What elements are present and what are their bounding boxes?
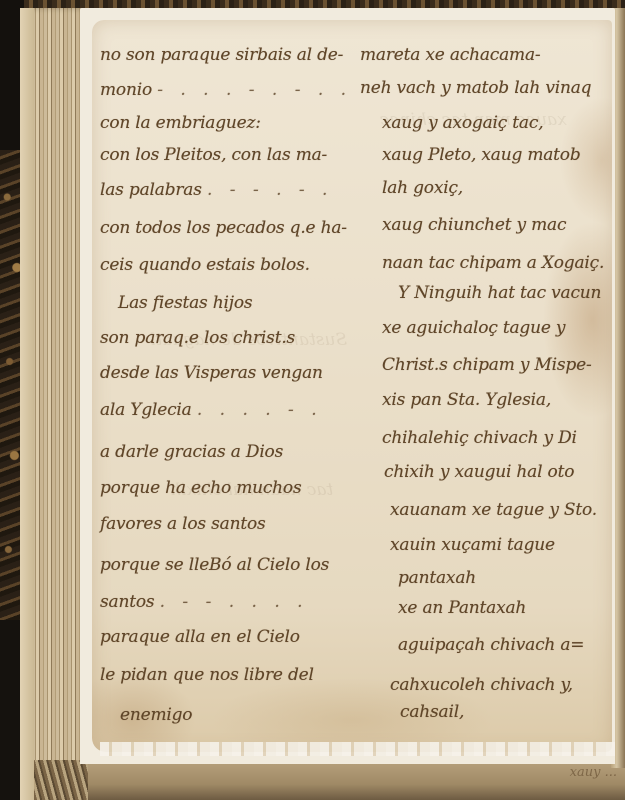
mayan-line: xauanam xe tague y Sto.	[390, 500, 597, 520]
mayan-line: xaug chiunchet y mac	[382, 215, 566, 235]
spanish-line: favores a los santos	[100, 514, 266, 534]
mayan-line: xauin xuçami tague	[390, 535, 555, 555]
underlying-page	[88, 760, 625, 800]
mayan-line: Y Ninguih hat tac vacun	[398, 283, 601, 303]
mayan-line: xaug Pleto, xaug matob	[382, 145, 581, 165]
mayan-line: naan tac chipam a Xogaiç.	[382, 253, 604, 273]
spanish-line: son paraq.e los christ.s	[100, 328, 295, 348]
mayan-line: neh vach y matob lah vinaq	[360, 78, 591, 98]
spanish-line: enemigo	[120, 705, 192, 725]
spanish-line: ceis quando estais bolos.	[100, 255, 310, 275]
mayan-line: xis pan Sta. Yglesia,	[382, 390, 551, 410]
spanish-line: Las fiestas hijos	[118, 293, 252, 313]
spanish-line: monio - . . . - . - . .	[100, 80, 352, 100]
spanish-line: con la embriaguez:	[100, 113, 261, 133]
spanish-line: le pidan que nos libre del	[100, 665, 314, 685]
mayan-line: xe aguichaloç tague y	[382, 318, 565, 338]
manuscript-photo: xauy ... xauac man tac chinac Sustantivo…	[0, 0, 625, 800]
spanish-line: paraque alla en el Cielo	[100, 627, 300, 647]
spanish-line: con los Pleitos, con las ma-	[100, 145, 327, 165]
spanish-line: ala Yglecia . . . . - .	[100, 400, 323, 420]
spanish-line: porque ha echo muchos	[100, 478, 302, 498]
mayan-line: cahxucoleh chivach y,	[390, 675, 573, 695]
mayan-line: cahsail,	[400, 702, 464, 722]
underlying-page-catchword: xauy ...	[570, 765, 617, 780]
marbled-cover-top	[24, 0, 625, 8]
mayan-line: chixih y xaugui hal oto	[384, 462, 574, 482]
mayan-line: Christ.s chipam y Mispe-	[382, 355, 592, 375]
mayan-line: mareta xe achacama-	[360, 45, 540, 65]
spanish-line: no son paraque sirbais al de-	[100, 45, 343, 65]
mayan-line: lah goxiç,	[382, 178, 463, 198]
spanish-line: porque se lleBó al Cielo los	[100, 555, 329, 575]
mayan-line: xaug y axogaiç tac,	[382, 113, 543, 133]
spanish-line: con todos los pecados q.e ha-	[100, 218, 347, 238]
mayan-line: chihalehiç chivach y Di	[382, 428, 577, 448]
mayan-line: aguipaçah chivach a=	[398, 635, 584, 655]
spanish-line: a darle gracias a Dios	[100, 442, 283, 462]
page-stack-outer-edge	[20, 8, 34, 800]
leaf-frayed-edge	[100, 742, 615, 756]
spanish-line: las palabras . - - . - .	[100, 180, 333, 200]
spanish-line: santos . - - . . . .	[100, 592, 309, 612]
mayan-line: xe an Pantaxah	[398, 598, 526, 618]
mayan-line: pantaxah	[398, 568, 476, 588]
spanish-line: desde las Visperas vengan	[100, 363, 323, 383]
